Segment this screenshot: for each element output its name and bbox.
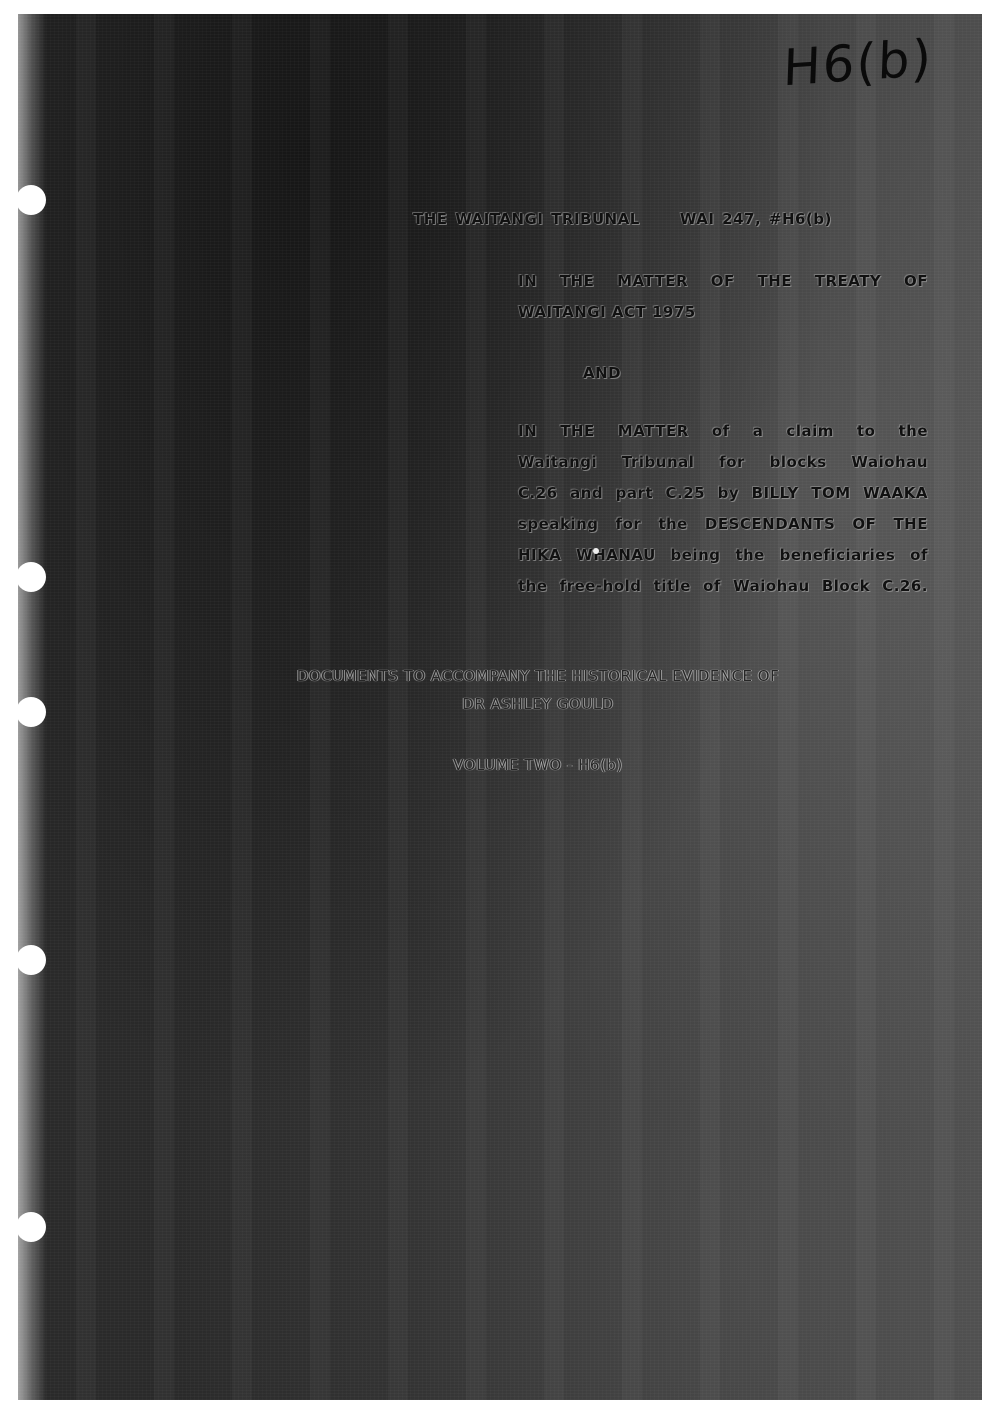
matter-line: WAITANGI ACT 1975 [518,301,928,332]
document-header: THE WAITANGI TRIBUNALWAI 247, #H6(b) [413,210,832,228]
author-name: DR ASHLEY GOULD [218,695,858,713]
claim-line: IN THE MATTER of a claim to the [518,420,928,451]
matter-line: IN THE MATTER OF THE TREATY OF [518,270,928,301]
documents-title: DOCUMENTS TO ACCOMPANY THE HISTORICAL EV… [218,667,858,685]
scanned-page: H6(b) THE WAITANGI TRIBUNALWAI 247, #H6(… [18,14,982,1400]
tribunal-name: THE WAITANGI TRIBUNAL [413,210,640,228]
claim-line: the free-hold title of Waiohau Block C.2… [518,575,928,606]
claim-line: HIKA WHANAU being the beneficiaries of [518,544,928,575]
matter-claim: IN THE MATTER of a claim to the Waitangi… [518,420,928,606]
punch-hole [16,697,46,727]
volume-label: VOLUME TWO - H6(b) [218,756,858,774]
matter-treaty-act: IN THE MATTER OF THE TREATY OF WAITANGI … [518,270,928,332]
scan-speck [593,548,599,554]
claim-line: Waitangi Tribunal for blocks Waiohau [518,451,928,482]
punch-hole [16,562,46,592]
claim-line: speaking for the DESCENDANTS OF THE [518,513,928,544]
conjunction-and: AND [583,364,621,382]
punch-hole [16,185,46,215]
handwritten-label: H6(b) [782,29,934,98]
punch-hole [16,945,46,975]
case-reference: WAI 247, #H6(b) [680,210,832,228]
claim-line: C.26 and part C.25 by BILLY TOM WAAKA [518,482,928,513]
punch-hole [16,1212,46,1242]
